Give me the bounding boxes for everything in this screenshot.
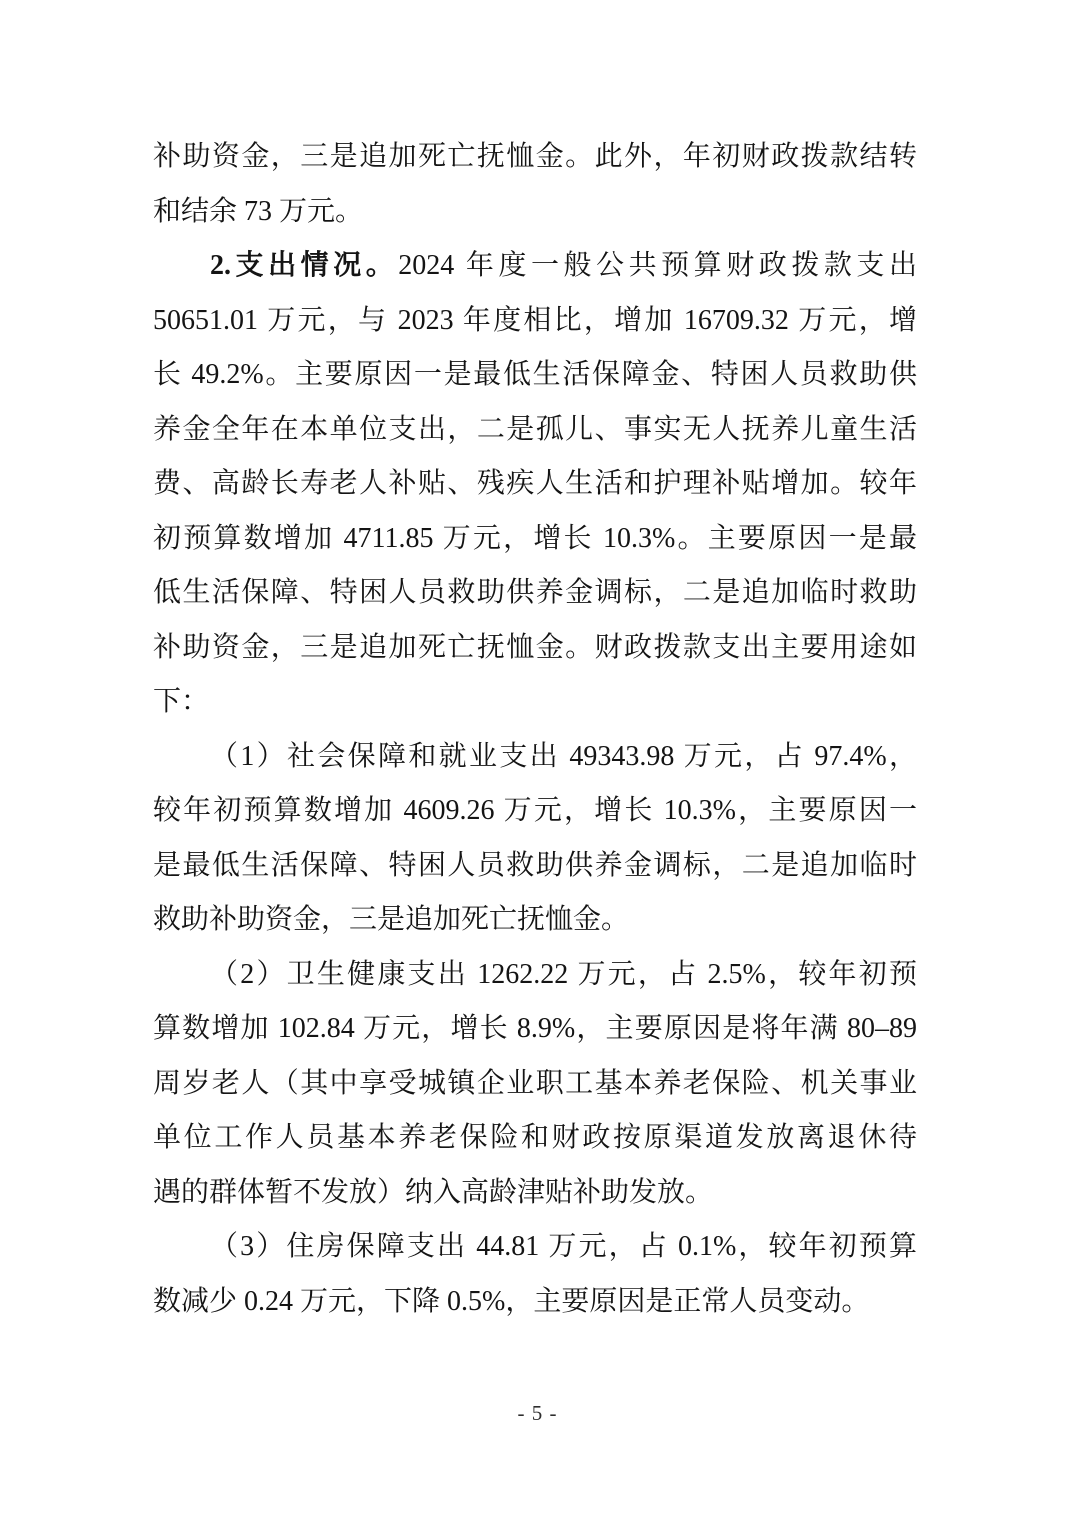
text-line: 补助资金，三是追加死亡抚恤金。财政拨款支出主要用途如 (153, 621, 917, 676)
text-line: 初预算数增加 4711.85 万元，增长 10.3%。主要原因一是最 (153, 512, 917, 567)
text-line: 数减少 0.24 万元，下降 0.5%，主要原因是正常人员变动。 (153, 1275, 917, 1330)
text-line: 周岁老人（其中享受城镇企业职工基本养老保险、机关事业 (153, 1057, 917, 1112)
paragraph: 补助资金，三是追加死亡抚恤金。此外，年初财政拨款结转和结余 73 万元。 (153, 130, 917, 239)
document-page: 补助资金，三是追加死亡抚恤金。此外，年初财政拨款结转和结余 73 万元。2.支出… (0, 0, 1075, 1520)
paragraph: （1）社会保障和就业支出 49343.98 万元，占 97.4%，较年初预算数增… (153, 730, 917, 948)
document-content: 补助资金，三是追加死亡抚恤金。此外，年初财政拨款结转和结余 73 万元。2.支出… (153, 130, 917, 1329)
text-line: 较年初预算数增加 4609.26 万元，增长 10.3%，主要原因一 (153, 784, 917, 839)
text-line: 50651.01 万元，与 2023 年度相比，增加 16709.32 万元，增 (153, 294, 917, 349)
paragraph: 2.支出情况。2024 年度一般公共预算财政拨款支出50651.01 万元，与 … (153, 239, 917, 730)
paragraph: （3）住房保障支出 44.81 万元，占 0.1%，较年初预算数减少 0.24 … (153, 1220, 917, 1329)
text-line: 单位工作人员基本养老保险和财政按原渠道发放离退休待 (153, 1111, 917, 1166)
text-line: 和结余 73 万元。 (153, 185, 917, 240)
text-line: 算数增加 102.84 万元，增长 8.9%，主要原因是将年满 80–89 (153, 1002, 917, 1057)
paragraph: （2）卫生健康支出 1262.22 万元，占 2.5%，较年初预算数增加 102… (153, 948, 917, 1221)
text-line: （1）社会保障和就业支出 49343.98 万元，占 97.4%， (153, 730, 917, 785)
text-line: 下： (153, 675, 917, 730)
text-line: 低生活保障、特困人员救助供养金调标，二是追加临时救助 (153, 566, 917, 621)
text-line: 是最低生活保障、特困人员救助供养金调标，二是追加临时 (153, 839, 917, 894)
text-line: （2）卫生健康支出 1262.22 万元，占 2.5%，较年初预 (153, 948, 917, 1003)
text-line: 养金全年在本单位支出，二是孤儿、事实无人抚养儿童生活 (153, 403, 917, 458)
text-line: 长 49.2%。主要原因一是最低生活保障金、特困人员救助供 (153, 348, 917, 403)
text-line: 费、高龄长寿老人补贴、残疾人生活和护理补贴增加。较年 (153, 457, 917, 512)
text-line: 2.支出情况。2024 年度一般公共预算财政拨款支出 (153, 239, 917, 294)
text-line: 遇的群体暂不发放）纳入高龄津贴补助发放。 (153, 1166, 917, 1221)
text-line: 救助补助资金，三是追加死亡抚恤金。 (153, 893, 917, 948)
text-line: （3）住房保障支出 44.81 万元，占 0.1%，较年初预算 (153, 1220, 917, 1275)
paragraph-lead-bold: 2.支出情况。 (210, 250, 398, 281)
page-number: - 5 - (0, 1400, 1075, 1426)
text-line: 补助资金，三是追加死亡抚恤金。此外，年初财政拨款结转 (153, 130, 917, 185)
